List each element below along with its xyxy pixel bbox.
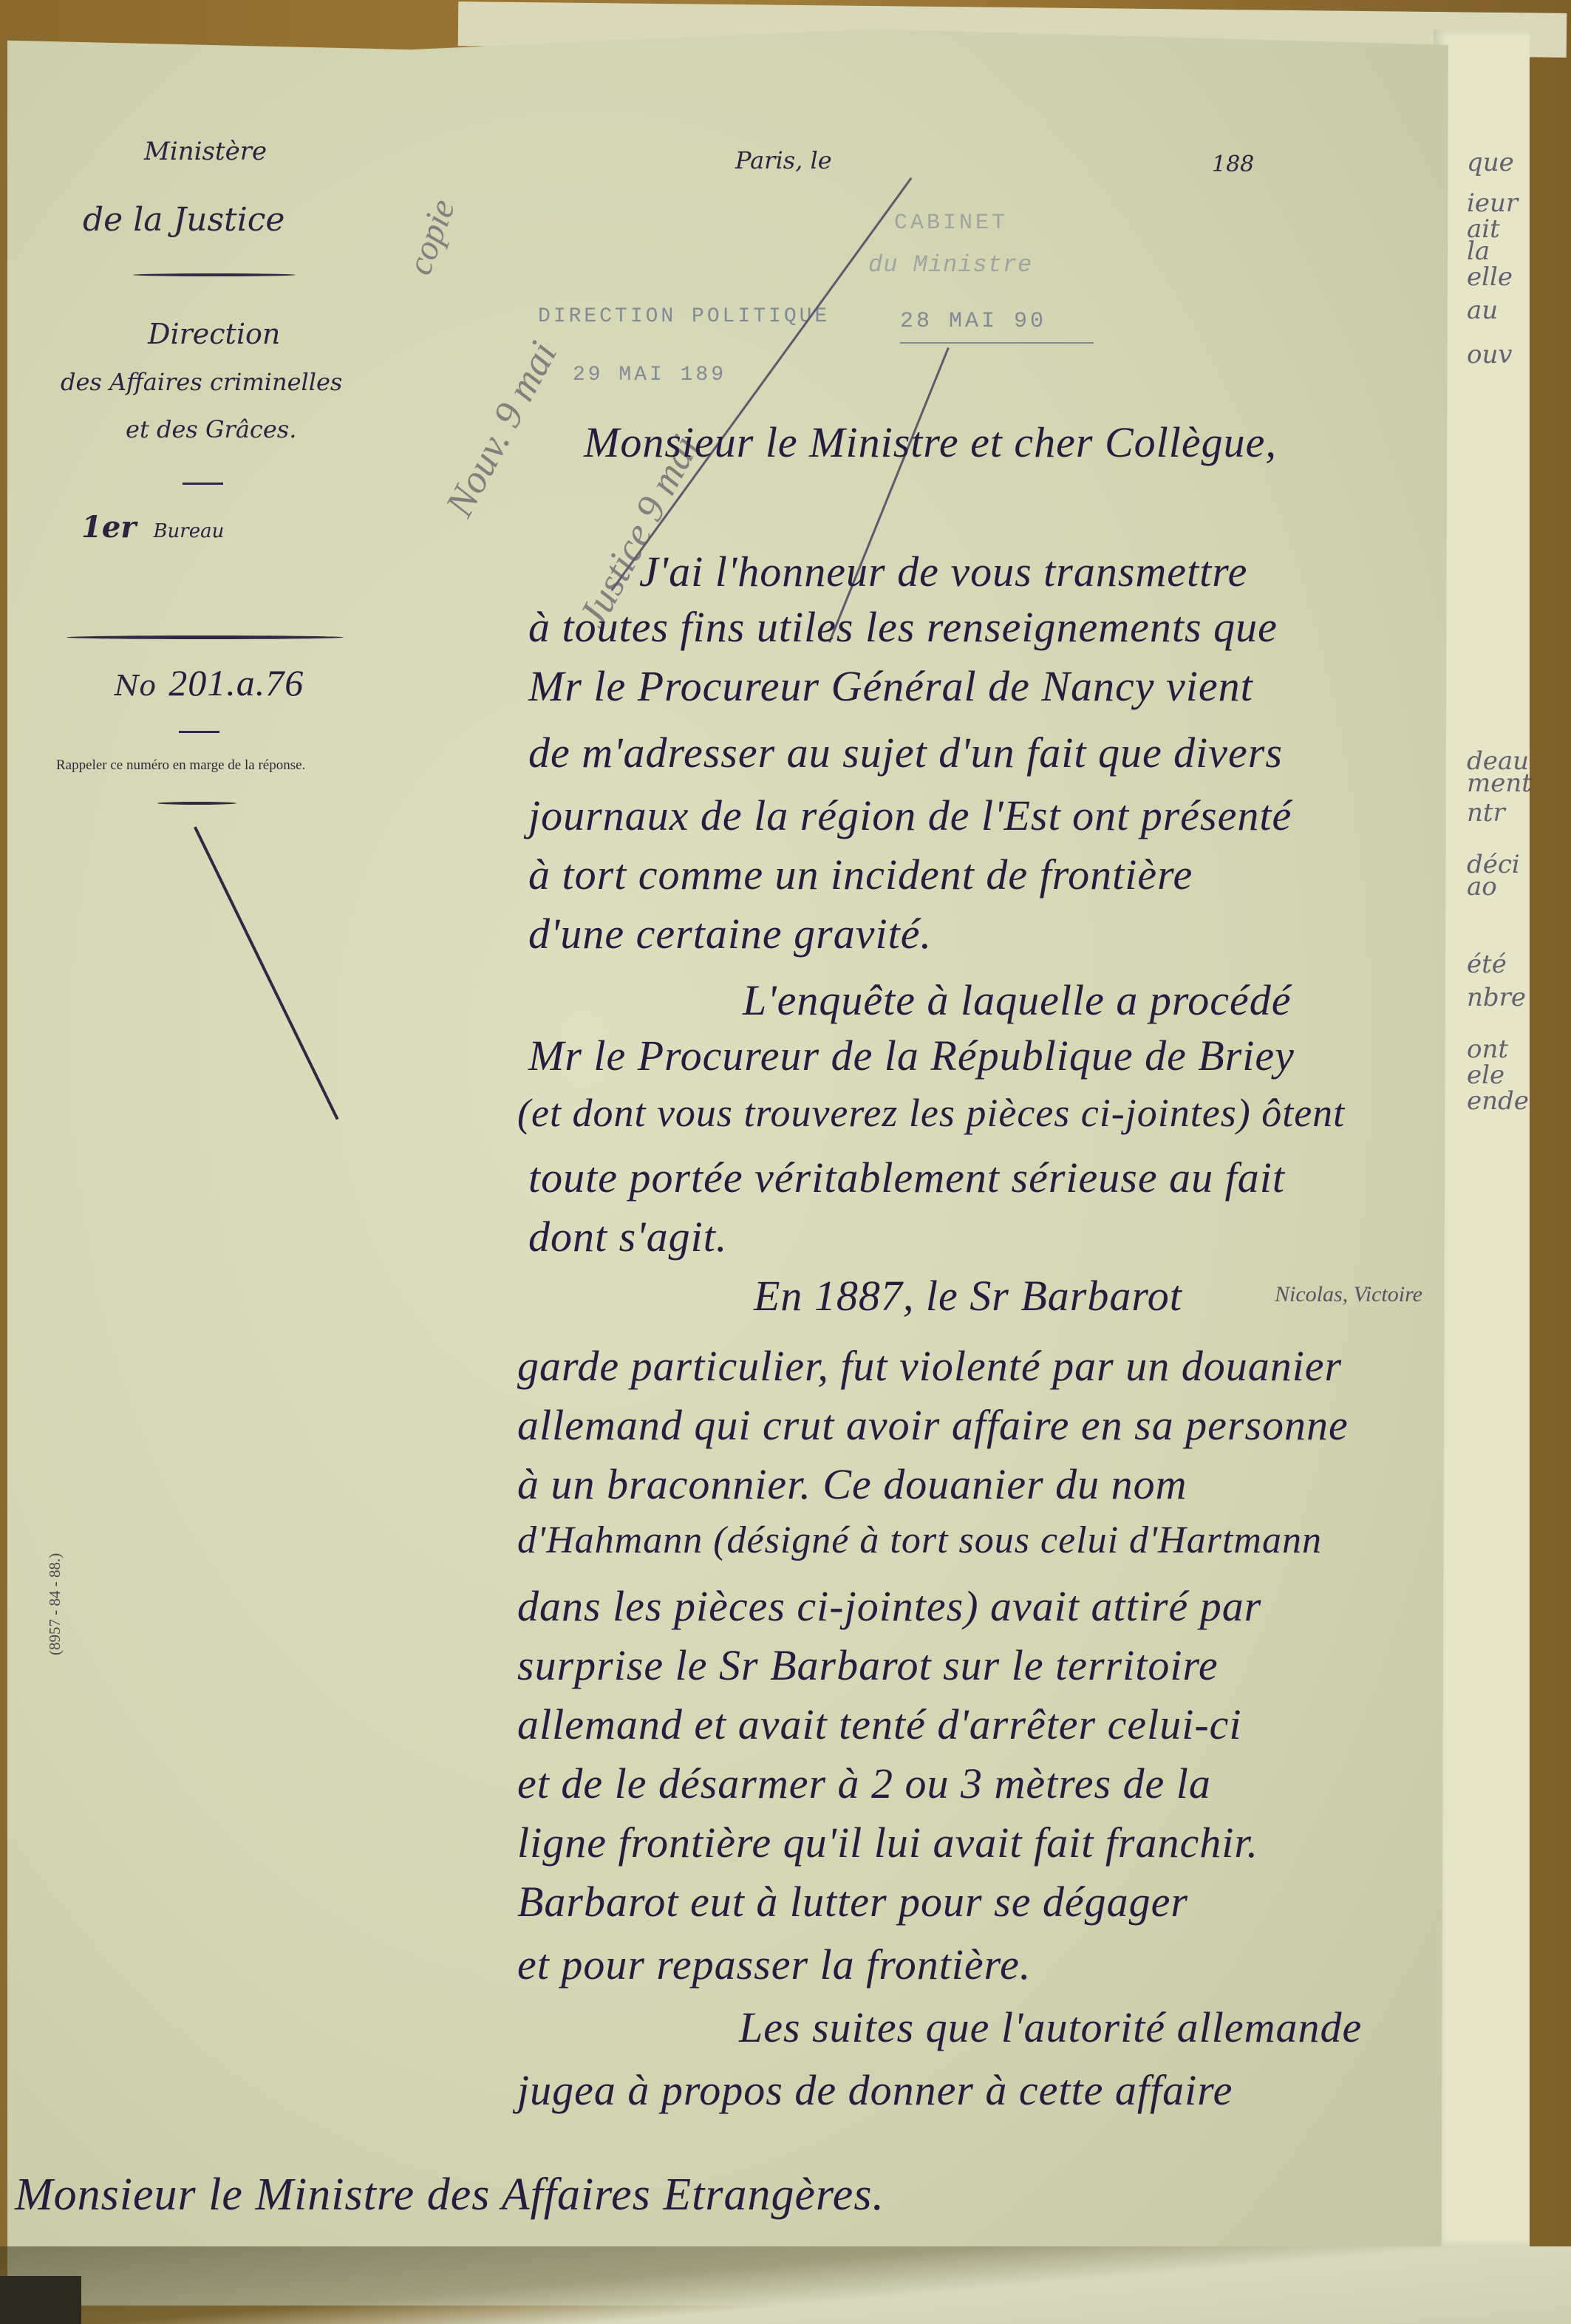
fragment: elle [1467,262,1513,292]
letter-line: En 1887, le Sr Barbarot [754,1271,1182,1321]
letter-line: (et dont vous trouverez les pièces ci-jo… [517,1090,1345,1136]
letter-line: et pour repasser la frontière. [517,1940,1031,1989]
letter-line: allemand et avait tenté d'arrêter celui-… [517,1700,1242,1749]
letter-line: jugea à propos de donner à cette affaire [517,2065,1233,2115]
date-place: Paris, le [735,146,832,174]
letter-line: dans les pièces ci-jointes) avait attiré… [517,1581,1261,1631]
fragment: ao [1467,872,1497,902]
ornament-divider-3 [157,802,236,805]
letter-line: Les suites que l'autorité allemande [739,2003,1362,2052]
direction-line-3: et des Grâces. [126,415,296,443]
letter-line: à un braconnier. Ce douanier du nom [517,1459,1187,1509]
letter-line: Mr le Procureur Général de Nancy vient [528,661,1253,711]
bureau-number: 1er [81,510,136,545]
bureau-label: 1er Bureau [81,510,224,545]
reference-note: Rappeler ce numéro en marge de la répons… [56,757,305,774]
direction-line-1: Direction [148,318,280,350]
letter-line: J'ai l'honneur de vous transmettre [639,547,1247,596]
letter-line: surprise le Sr Barbarot sur le territoir… [517,1640,1219,1690]
letter-line: journaux de la région de l'Est ont prése… [528,791,1292,840]
reference-value: 201.a.76 [168,662,304,703]
addressee: Monsieur le Ministre des Affaires Etrang… [15,2169,885,2221]
short-rule [183,483,223,485]
ministry-line-1: Ministère [144,137,267,166]
fragment: ntr [1467,798,1505,828]
cabinet-stamp-line-2: du Ministre [868,251,1032,279]
ornament-divider-2 [67,635,344,639]
letter-line: Mr le Procureur de la République de Brie… [528,1031,1295,1080]
fragment: au [1467,296,1498,325]
direction-stamp-date: 29 MAI 189 [573,364,726,386]
fragment: été [1467,950,1507,979]
cabinet-stamp-rule [900,342,1094,344]
letter-line: dont s'agit. [528,1212,727,1261]
fragment: ende [1467,1086,1529,1116]
letter-line: et de le désarmer à 2 ou 3 mètres de la [517,1759,1211,1808]
short-rule-2 [179,731,219,733]
interlinear-insert: Nicolas, Victoire [1275,1282,1422,1307]
date-year: 188 [1212,151,1254,177]
letter-line: toute portée véritablement sérieuse au f… [528,1153,1285,1202]
direction-line-2: des Affaires criminelles [61,368,342,396]
dark-corner [0,2276,81,2324]
ministry-line-2: de la Justice [83,201,284,239]
bureau-text: Bureau [153,520,224,542]
reference-number: No 201.a.76 [115,661,304,704]
letter-line: d'Hahmann (désigné à tort sous celui d'H… [517,1519,1322,1562]
reference-prefix: No [115,669,156,702]
letter-line: Barbarot eut à lutter pour se dégager [517,1877,1188,1926]
fragment: ouv [1467,340,1513,369]
letter-line: garde particulier, fut violenté par un d… [517,1341,1342,1391]
cabinet-stamp-line-1: CABINET [894,211,1008,236]
ornament-divider [133,273,296,276]
printer-code: (8957 - 84 - 88.) [46,1553,64,1655]
fragment: que [1467,148,1514,177]
bottom-shadow [0,2246,1571,2324]
letter-line: allemand qui crut avoir affaire en sa pe… [517,1400,1349,1450]
fragment: nbre [1467,983,1526,1012]
letter-line: d'une certaine gravité. [528,909,932,958]
salutation: Monsieur le Ministre et cher Collègue, [584,418,1277,467]
fragment: ment [1467,769,1532,798]
letter-line: ligne frontière qu'il lui avait fait fra… [517,1818,1258,1867]
letter-line: à toutes fins utiles les renseignements … [528,602,1278,652]
cabinet-stamp-date: 28 MAI 90 [900,309,1046,334]
direction-stamp: DIRECTION POLITIQUE [538,305,830,328]
fragment: ele [1467,1060,1504,1090]
letter-line: à tort comme un incident de frontière [528,850,1193,899]
fragment: la [1467,236,1490,266]
fragment: ont [1467,1035,1508,1064]
letter-line: L'enquête à laquelle a procédé [743,975,1291,1025]
fragment: ieur [1467,188,1518,218]
letter-line: de m'adresser au sujet d'un fait que div… [528,728,1283,777]
